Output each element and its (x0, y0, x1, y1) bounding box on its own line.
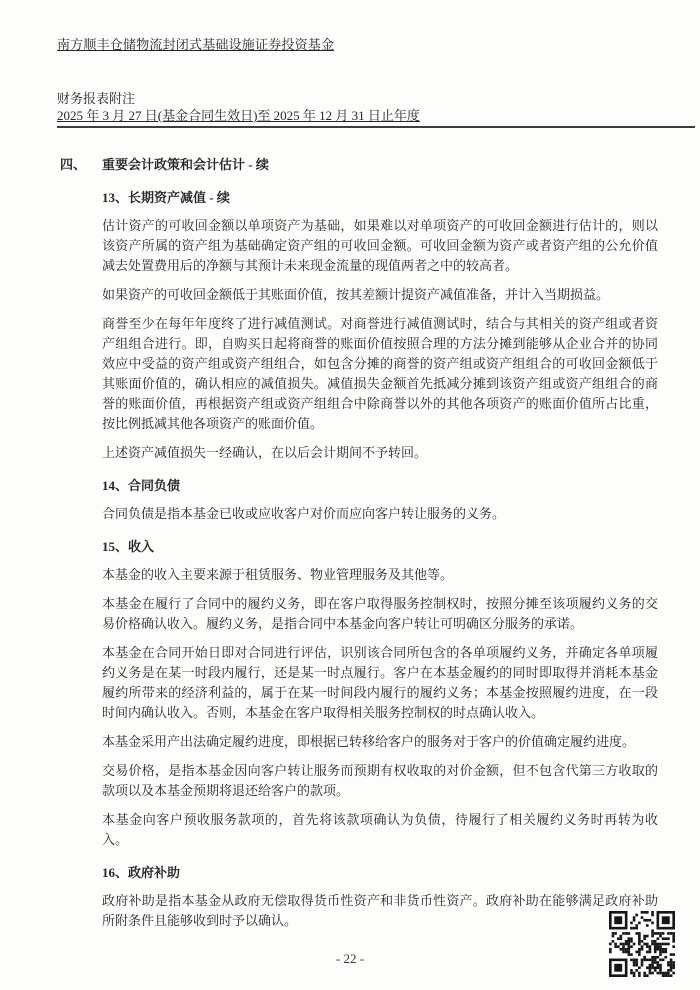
report-period: 2025 年 3 月 27 日(基金合同生效日)至 2025 年 12 月 31… (57, 108, 420, 123)
page-number: - 22 - (0, 951, 700, 967)
section-number: 四、 (57, 155, 102, 175)
paragraph: 本基金在合同开始日即对合同进行评估，识别该合同所包含的各单项履约义务，并确定各单… (102, 643, 658, 723)
section-title: 重要会计政策和会计估计 - 续 (102, 155, 269, 175)
paragraph: 估计资产的可收回金额以单项资产为基础，如果难以对单项资产的可收回金额进行估计的，… (102, 216, 658, 276)
subsection-heading-15: 15、收入 (102, 537, 658, 557)
document-page: 南方顺丰仓储物流封闭式基础设施证券投资基金 财务报表附注 2025 年 3 月 … (0, 0, 700, 990)
fund-name-title: 南方顺丰仓储物流封闭式基础设施证券投资基金 (57, 37, 334, 52)
paragraph: 交易价格，是指本基金因向客户转让服务而预期有权收取的对价金额，但不包含代第三方收… (102, 761, 658, 801)
subsection-heading-16: 16、政府补助 (102, 863, 658, 883)
report-title: 财务报表附注 (57, 90, 658, 107)
section-heading: 四、 重要会计政策和会计估计 - 续 (57, 155, 658, 175)
qr-code (609, 911, 675, 977)
paragraph: 本基金向客户预收服务款项的，首先将该款项确认为负债，待履行了相关履约义务时再转为… (102, 810, 658, 850)
header-rule: 2025 年 3 月 27 日(基金合同生效日)至 2025 年 12 月 31… (57, 107, 695, 128)
paragraph: 合同负债是指本基金已收或应收客户对价而应向客户转让服务的义务。 (102, 504, 658, 524)
paragraph: 如果资产的可收回金额低于其账面价值，按其差额计提资产减值准备，并计入当期损益。 (102, 285, 658, 305)
paragraph: 商誉至少在每年年度终了进行减值测试。对商誉进行减值测试时，结合与其相关的资产组或… (102, 314, 658, 434)
paragraph: 本基金采用产出法确定履约进度，即根据已转移给客户的服务对于客户的价值确定履约进度… (102, 732, 658, 752)
document-body: 南方顺丰仓储物流封闭式基础设施证券投资基金 财务报表附注 2025 年 3 月 … (57, 36, 658, 940)
subsection-heading-14: 14、合同负债 (102, 476, 658, 496)
paragraph: 本基金在履行了合同中的履约义务，即在客户取得服务控制权时，按照分摊至该项履约义务… (102, 594, 658, 634)
paragraph: 本基金的收入主要来源于租赁服务、物业管理服务及其他等。 (102, 565, 658, 585)
subsection-heading-13: 13、长期资产减值 - 续 (102, 188, 658, 208)
section-content: 13、长期资产减值 - 续 估计资产的可收回金额以单项资产为基础，如果难以对单项… (102, 188, 658, 931)
paragraph: 上述资产减值损失一经确认，在以后会计期间不予转回。 (102, 443, 658, 463)
paragraph: 政府补助是指本基金从政府无偿取得货币性资产和非货币性资产。政府补助在能够满足政府… (102, 891, 658, 931)
